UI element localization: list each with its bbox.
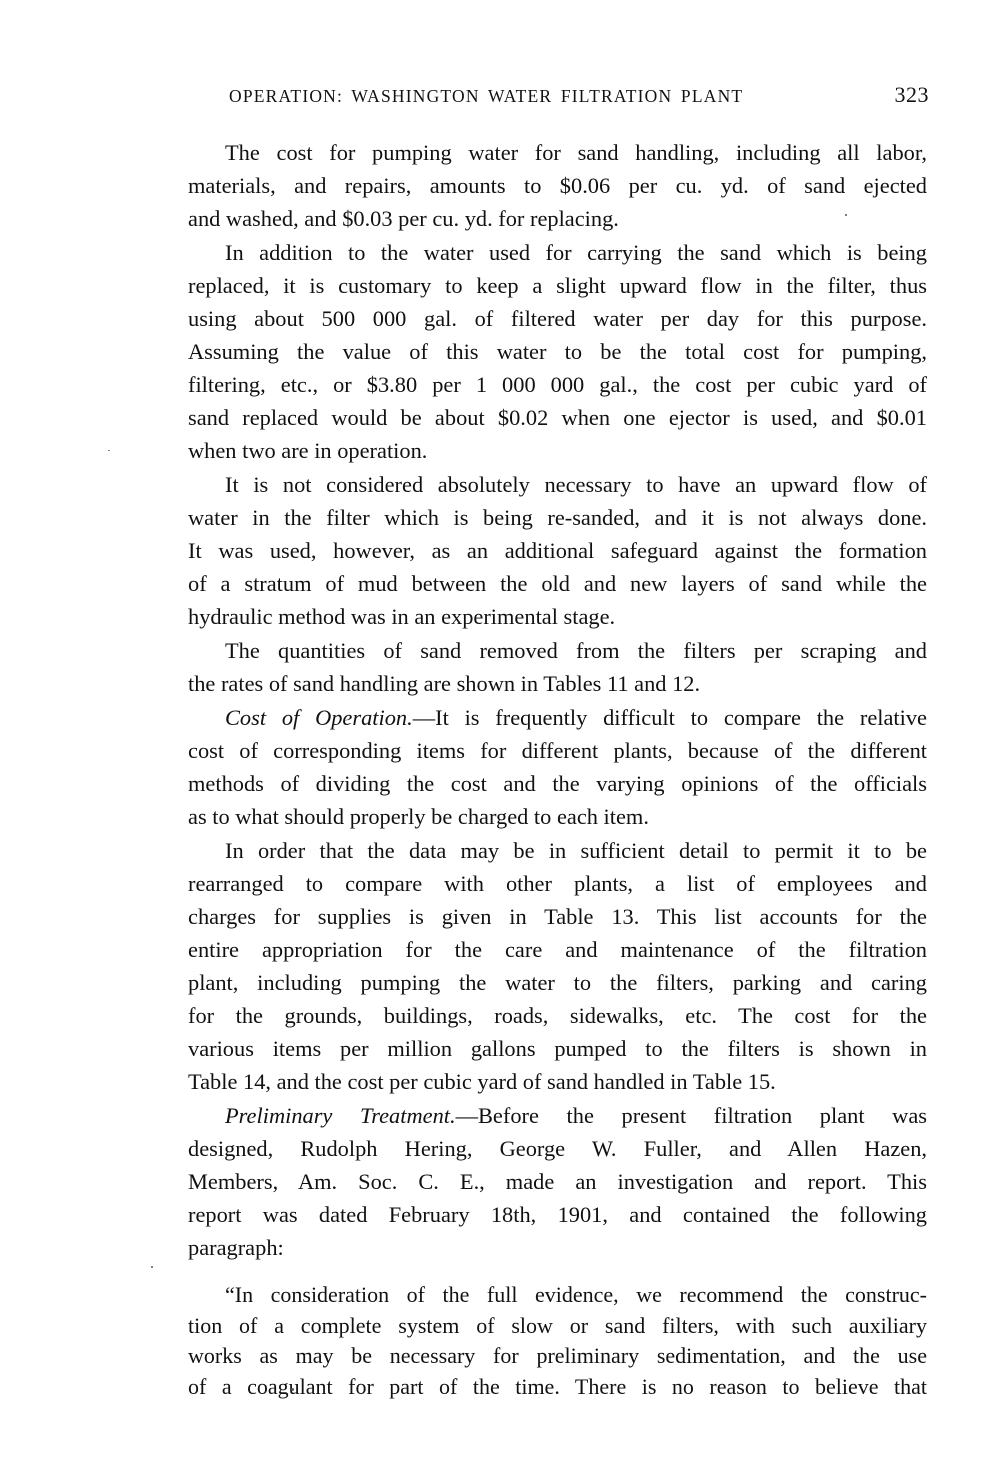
page-number: 323 (895, 82, 930, 108)
section-run-in-heading: Cost of Operation. (225, 705, 413, 730)
body-text: The cost for pumping water for sand hand… (151, 136, 927, 1402)
paragraph-sand-quantities: The quantities of sand removed from the … (151, 634, 927, 700)
paragraph-employee-list: In order that the data may be in suffici… (151, 834, 927, 1098)
text-line: It was used, however, as an additional s… (151, 534, 927, 567)
text-line: works as may be necessary for preliminar… (151, 1341, 927, 1372)
text-line: as to what should properly be charged to… (151, 800, 927, 833)
running-title: OPERATION: WASHINGTON WATER FILTRATION P… (229, 86, 743, 107)
text-line: filtering, etc., or $3.80 per 1 000 000 … (151, 368, 927, 401)
text-line: In addition to the water used for carryi… (151, 236, 927, 269)
text-line: and washed, and $0.03 per cu. yd. for re… (151, 202, 927, 235)
text-line: The cost for pumping water for sand hand… (151, 136, 927, 169)
text-line: for the grounds, buildings, roads, sidew… (151, 999, 927, 1032)
paragraph-cost-of-operation: Cost of Operation.—It is frequently diff… (151, 701, 927, 833)
text-line: It is not considered absolutely necessar… (151, 468, 927, 501)
text-line: entire appropriation for the care and ma… (151, 933, 927, 966)
text-line: rearranged to compare with other plants,… (151, 867, 927, 900)
text-line: sand replaced would be about $0.02 when … (151, 401, 927, 434)
paragraph-preliminary-treatment: Preliminary Treatment.—Before the presen… (151, 1099, 927, 1264)
text-line: Cost of Operation.—It is frequently diff… (151, 701, 927, 734)
text-line: Preliminary Treatment.—Before the presen… (151, 1099, 927, 1132)
text-line: of a coagulant for part of the time. The… (151, 1372, 927, 1403)
text-line: “In consideration of the full evidence, … (151, 1280, 927, 1311)
text-line: cost of corresponding items for differen… (151, 734, 927, 767)
running-header: OPERATION: WASHINGTON WATER FILTRATION P… (229, 86, 929, 112)
text-line: tion of a complete system of slow or san… (151, 1311, 927, 1342)
text-line: hydraulic method was in an experimental … (151, 600, 927, 633)
text-line: of a stratum of mud between the old and … (151, 567, 927, 600)
text-fragment: —It is frequently difficult to compare t… (413, 705, 927, 730)
text-line: methods of dividing the cost and the var… (151, 767, 927, 800)
block-quotation: “In consideration of the full evidence, … (151, 1280, 927, 1402)
text-line: using about 500 000 gal. of filtered wat… (151, 302, 927, 335)
text-line: water in the filter which is being re-sa… (151, 501, 927, 534)
text-line: when two are in operation. (151, 434, 927, 467)
scan-speck (845, 214, 847, 216)
text-line: paragraph: (151, 1231, 927, 1264)
text-line: the rates of sand handling are shown in … (151, 667, 927, 700)
text-line: various items per million gallons pumped… (151, 1032, 927, 1065)
text-line: replaced, it is customary to keep a slig… (151, 269, 927, 302)
scan-speck (108, 450, 110, 451)
text-fragment: —Before the present filtration plant was (456, 1103, 927, 1128)
document-page: OPERATION: WASHINGTON WATER FILTRATION P… (0, 0, 1000, 1467)
paragraph-upward-flow-cost: In addition to the water used for carryi… (151, 236, 927, 467)
text-line: Table 14, and the cost per cubic yard of… (151, 1065, 927, 1098)
text-line: In order that the data may be in suffici… (151, 834, 927, 867)
text-line: charges for supplies is given in Table 1… (151, 900, 927, 933)
text-line: designed, Rudolph Hering, George W. Full… (151, 1132, 927, 1165)
paragraph-pumping-cost: The cost for pumping water for sand hand… (151, 136, 927, 235)
text-line: materials, and repairs, amounts to $0.06… (151, 169, 927, 202)
text-line: plant, including pumping the water to th… (151, 966, 927, 999)
text-line: Members, Am. Soc. C. E., made an investi… (151, 1165, 927, 1198)
section-run-in-heading: Preliminary Treatment. (225, 1103, 456, 1128)
text-line: The quantities of sand removed from the … (151, 634, 927, 667)
scan-speck (291, 1388, 294, 1391)
paragraph-upward-flow-necessity: It is not considered absolutely necessar… (151, 468, 927, 633)
text-line: report was dated February 18th, 1901, an… (151, 1198, 927, 1231)
text-line: Assuming the value of this water to be t… (151, 335, 927, 368)
scan-speck (151, 1266, 153, 1268)
